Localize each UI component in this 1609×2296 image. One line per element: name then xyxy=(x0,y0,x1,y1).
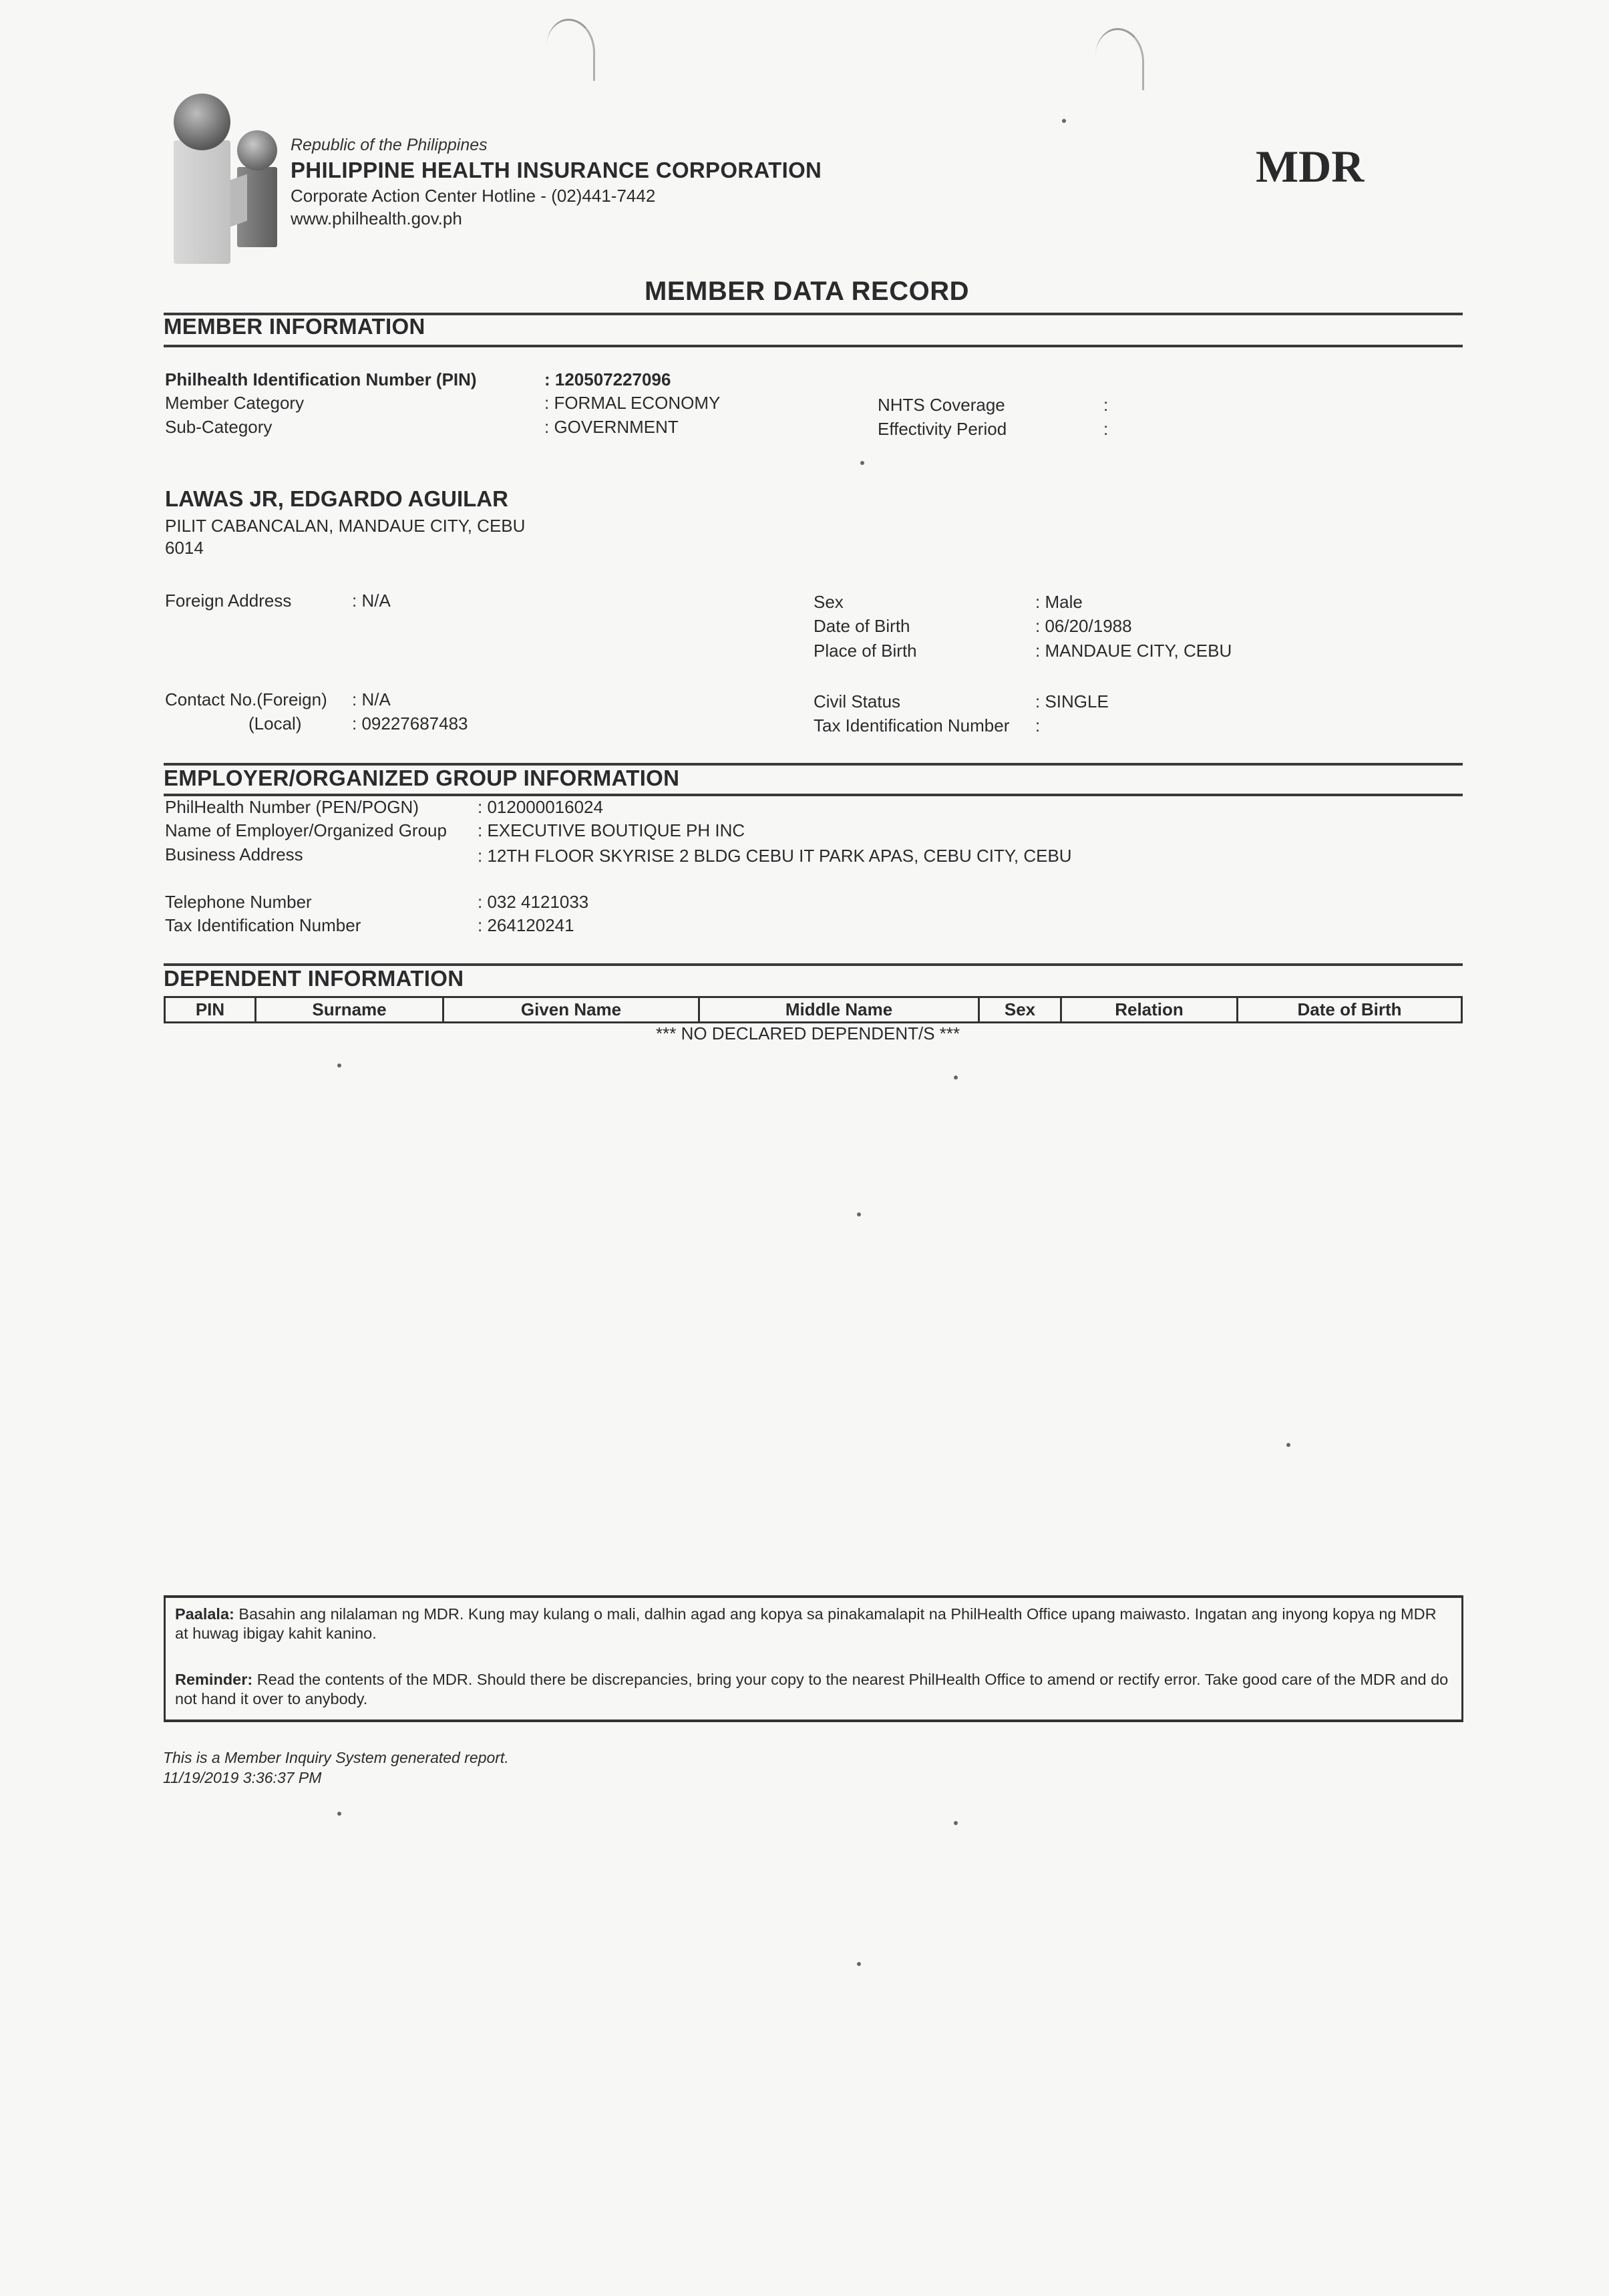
scan-speck xyxy=(337,1812,341,1816)
scan-speck xyxy=(954,1076,958,1080)
pob-label: Place of Birth xyxy=(814,641,917,661)
contact-local-label: (Local) xyxy=(248,713,301,734)
divider xyxy=(164,794,1463,796)
reminder-box: Paalala: Basahin ang nilalaman ng MDR. K… xyxy=(164,1595,1463,1722)
column-header-sex: Sex xyxy=(979,997,1061,1023)
nhts-coverage-value: : xyxy=(1103,395,1108,416)
contact-foreign-value: : N/A xyxy=(352,689,391,710)
business-address-value: : 12TH FLOOR SKYRISE 2 BLDG CEBU IT PARK… xyxy=(478,846,1072,866)
member-category-value: : FORMAL ECONOMY xyxy=(544,393,720,414)
member-address: PILIT CABANCALAN, MANDAUE CITY, CEBU xyxy=(165,516,525,536)
civil-status-value: : SINGLE xyxy=(1035,691,1109,712)
column-header-pin: PIN xyxy=(165,997,256,1023)
table-header-row: PIN Surname Given Name Middle Name Sex R… xyxy=(165,997,1462,1023)
employer-tin-label: Tax Identification Number xyxy=(165,915,361,936)
scan-speck xyxy=(954,1821,958,1825)
column-header-middle-name: Middle Name xyxy=(699,997,979,1023)
effectivity-period-value: : xyxy=(1103,419,1108,440)
telephone-label: Telephone Number xyxy=(165,892,312,913)
scan-speck xyxy=(1062,119,1066,123)
pen-label: PhilHealth Number (PEN/POGN) xyxy=(165,797,419,818)
header-republic: Republic of the Philippines xyxy=(291,136,488,155)
employer-tin-value: : 264120241 xyxy=(478,915,574,936)
pin-value: : 120507227096 xyxy=(544,369,671,390)
nhts-coverage-label: NHTS Coverage xyxy=(878,395,1005,416)
member-name: LAWAS JR, EDGARDO AGUILAR xyxy=(165,486,508,512)
sub-category-value: : GOVERNMENT xyxy=(544,417,679,438)
scan-speck xyxy=(337,1063,341,1068)
business-address-label: Business Address xyxy=(165,844,303,865)
pen-value: : 012000016024 xyxy=(478,797,603,818)
sub-category-label: Sub-Category xyxy=(165,417,272,438)
tin-value: : xyxy=(1035,715,1040,736)
column-header-date-of-birth: Date of Birth xyxy=(1238,997,1462,1023)
section-title-dependents: DEPENDENT INFORMATION xyxy=(164,966,464,991)
sex-value: : Male xyxy=(1035,592,1083,613)
form-code: MDR xyxy=(1256,140,1364,193)
column-header-relation: Relation xyxy=(1061,997,1238,1023)
no-dependents-message: *** NO DECLARED DEPENDENT/S *** xyxy=(656,1023,960,1044)
divider xyxy=(164,345,1463,347)
foreign-address-label: Foreign Address xyxy=(165,591,291,611)
section-title-employer: EMPLOYER/ORGANIZED GROUP INFORMATION xyxy=(164,766,679,791)
member-category-label: Member Category xyxy=(165,393,304,414)
pob-value: : MANDAUE CITY, CEBU xyxy=(1035,641,1232,661)
civil-status-label: Civil Status xyxy=(814,691,900,712)
scan-speck xyxy=(857,1212,861,1216)
generated-timestamp: 11/19/2019 3:36:37 PM xyxy=(163,1769,321,1787)
generated-note: This is a Member Inquiry System generate… xyxy=(163,1749,509,1767)
employer-name-label: Name of Employer/Organized Group xyxy=(165,820,447,841)
paalala-label: Paalala: xyxy=(175,1605,234,1623)
scan-speck xyxy=(857,1962,861,1966)
tin-label: Tax Identification Number xyxy=(814,715,1009,736)
philhealth-logo-icon xyxy=(170,90,291,271)
column-header-surname: Surname xyxy=(256,997,443,1023)
employer-name-value: : EXECUTIVE BOUTIQUE PH INC xyxy=(478,820,745,841)
dependents-table: PIN Surname Given Name Middle Name Sex R… xyxy=(164,996,1463,1023)
header-website: www.philhealth.gov.ph xyxy=(291,208,462,229)
reminder-label: Reminder: xyxy=(175,1671,252,1688)
column-header-given-name: Given Name xyxy=(443,997,699,1023)
contact-local-value: : 09227687483 xyxy=(352,713,468,734)
punch-hole-mark xyxy=(546,19,595,81)
document-title: MEMBER DATA RECORD xyxy=(645,277,969,307)
header-corporation-name: PHILIPPINE HEALTH INSURANCE CORPORATION xyxy=(291,158,822,183)
reminder-text: Reminder: Read the contents of the MDR. … xyxy=(175,1670,1452,1709)
scan-speck xyxy=(860,461,864,465)
punch-hole-mark xyxy=(1095,28,1144,90)
pin-label: Philhealth Identification Number (PIN) xyxy=(165,369,477,390)
member-zip: 6014 xyxy=(165,538,204,558)
sex-label: Sex xyxy=(814,592,844,613)
contact-foreign-label: Contact No.(Foreign) xyxy=(165,689,327,710)
foreign-address-value: : N/A xyxy=(352,591,391,611)
header-hotline: Corporate Action Center Hotline - (02)44… xyxy=(291,186,655,206)
dob-label: Date of Birth xyxy=(814,616,910,637)
dob-value: : 06/20/1988 xyxy=(1035,616,1132,637)
section-title-member-information: MEMBER INFORMATION xyxy=(164,314,425,339)
telephone-value: : 032 4121033 xyxy=(478,892,588,913)
effectivity-period-label: Effectivity Period xyxy=(878,419,1007,440)
paalala-text: Paalala: Basahin ang nilalaman ng MDR. K… xyxy=(175,1605,1452,1643)
scan-speck xyxy=(1286,1443,1290,1447)
